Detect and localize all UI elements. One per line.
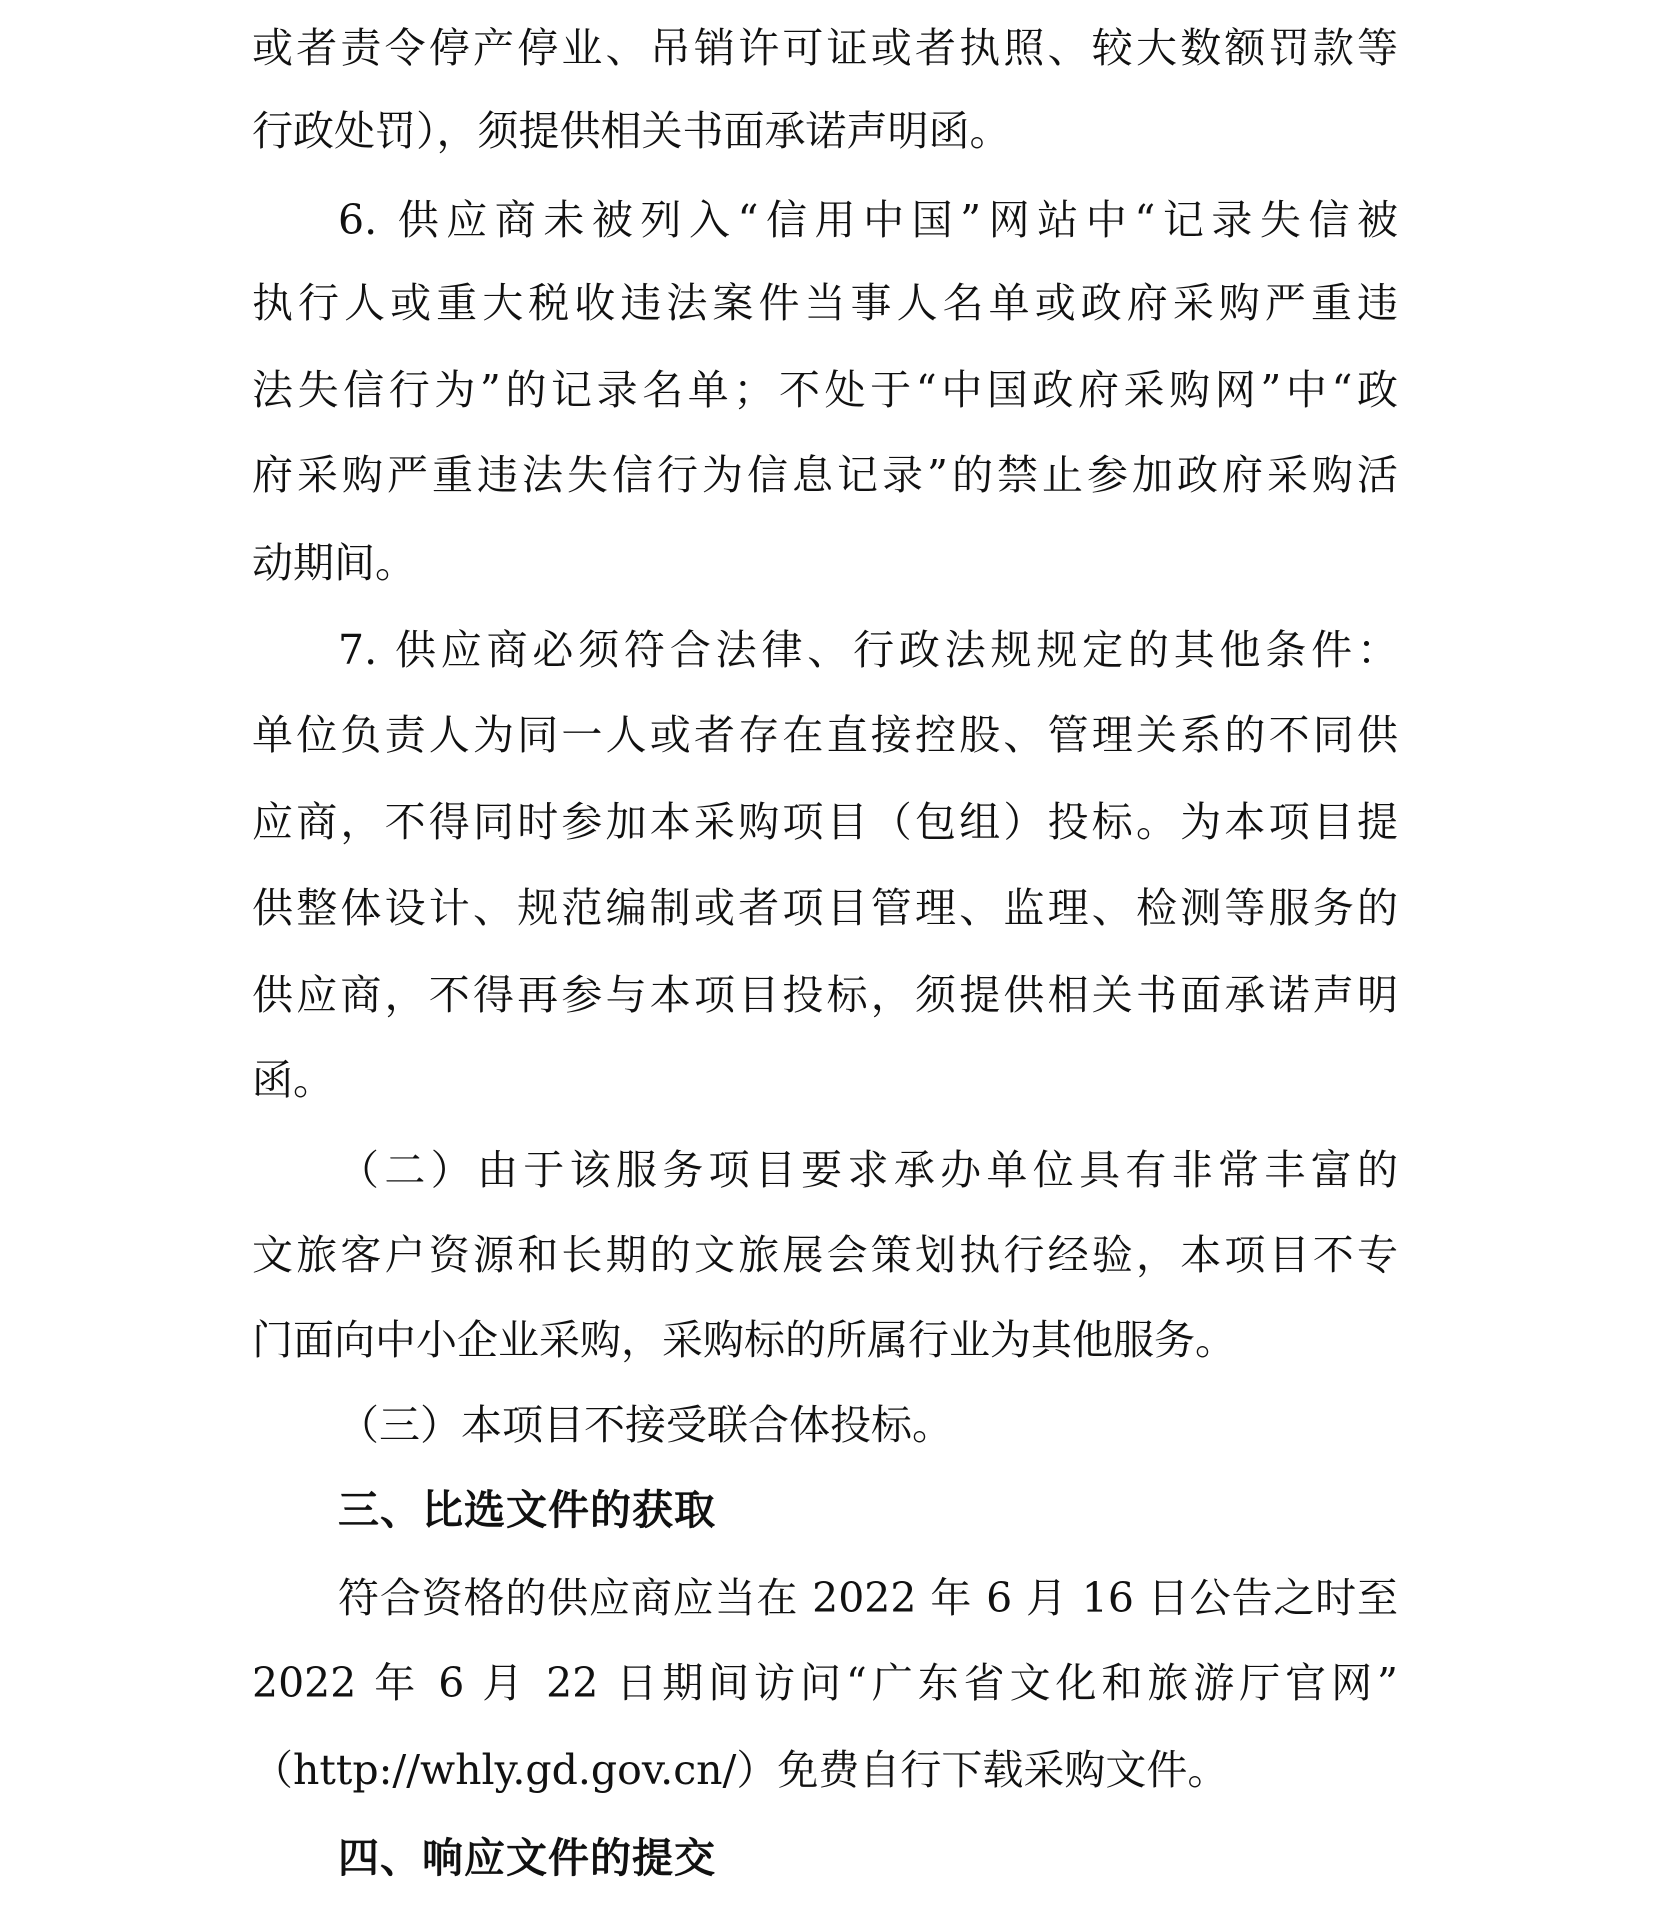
body-line: 或者责令停产停业、吊销许可证或者执照、较大数额罚款等 [252, 18, 1398, 78]
body-line: 单位负责人为同一人或者存在直接控股、管理关系的不同供 [252, 705, 1398, 765]
body-line: 供应商，不得再参与本项目投标，须提供相关书面承诺声明 [252, 965, 1398, 1025]
sub-item-2: （二）由于该服务项目要求承办单位具有非常丰富的 [338, 1140, 1398, 1200]
body-line: 门面向中小企业采购，采购标的所属行业为其他服务。 [252, 1310, 1398, 1370]
document-page: 或者责令停产停业、吊销许可证或者执照、较大数额罚款等 行政处罚），须提供相关书面… [0, 0, 1654, 1914]
body-line: 行政处罚），须提供相关书面承诺声明函。 [252, 101, 1398, 161]
body-line: 文旅客户资源和长期的文旅展会策划执行经验，本项目不专 [252, 1225, 1398, 1285]
list-item-6: 6. 供应商未被列入“信用中国”网站中“记录失信被 [338, 190, 1398, 250]
body-line: 函。 [252, 1050, 1398, 1110]
body-line: 执行人或重大税收违法案件当事人名单或政府采购严重违 [252, 273, 1398, 333]
body-line: 动期间。 [252, 533, 1398, 593]
section-heading-3: 三、比选文件的获取 [338, 1480, 716, 1540]
body-line: 法失信行为”的记录名单；不处于“中国政府采购网”中“政 [252, 360, 1398, 420]
section-heading-4: 四、响应文件的提交 [338, 1828, 716, 1888]
body-line: 应商，不得同时参加本采购项目（包组）投标。为本项目提 [252, 792, 1398, 852]
list-item-7: 7. 供应商必须符合法律、行政法规规定的其他条件： [338, 620, 1398, 680]
body-line: 府采购严重违法失信行为信息记录”的禁止参加政府采购活 [252, 445, 1398, 505]
body-line: 供整体设计、规范编制或者项目管理、监理、检测等服务的 [252, 878, 1398, 938]
url-line: （http://whly.gd.gov.cn/）免费自行下载采购文件。 [252, 1740, 1398, 1800]
body-line: 符合资格的供应商应当在 2022 年 6 月 16 日公告之时至 [338, 1568, 1398, 1628]
sub-item-3: （三）本项目不接受联合体投标。 [338, 1395, 1398, 1455]
body-line: 2022 年 6 月 22 日期间访问“广东省文化和旅游厅官网” [252, 1653, 1398, 1713]
